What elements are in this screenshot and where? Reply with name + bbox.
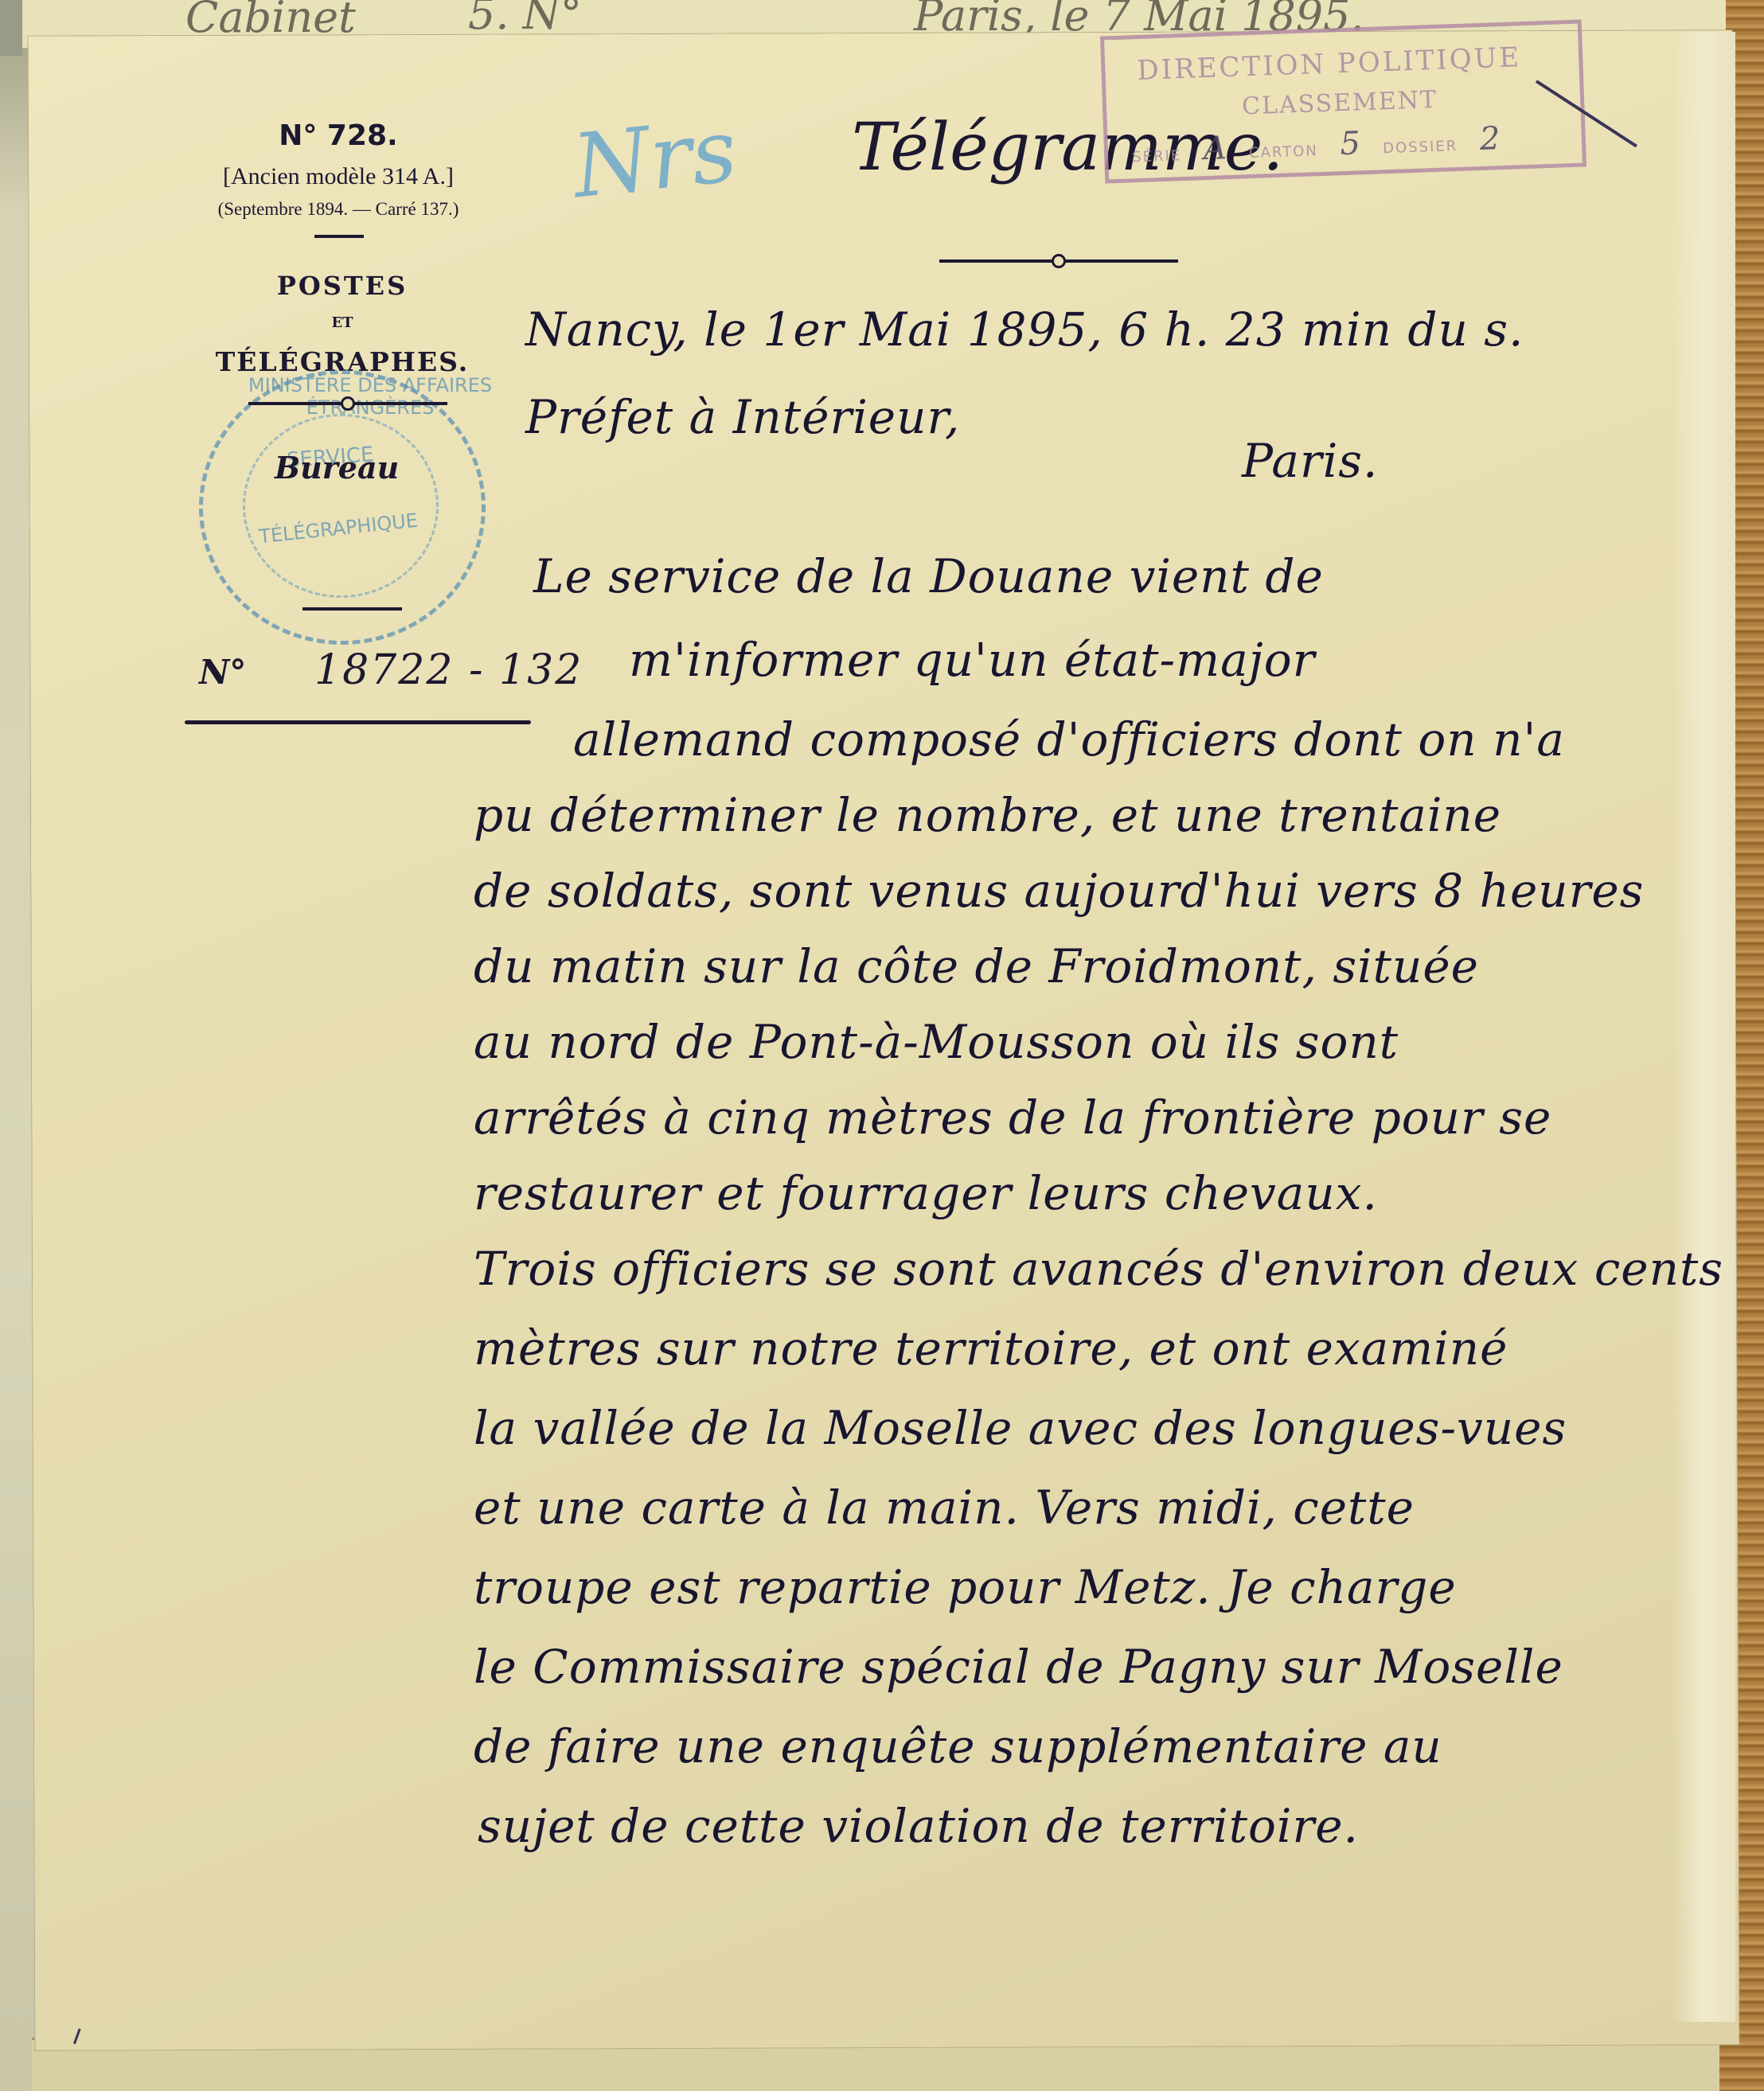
stamp-fields: SÉRIE A CARTON 5 DOSSIER 2	[1131, 118, 1562, 170]
bureau-underline	[302, 607, 402, 611]
serie-value: A	[1203, 130, 1227, 167]
body-line: de faire une enquête supplémentaire au	[474, 1719, 1442, 1773]
origin-line: Nancy, le 1er Mai 1895, 6 h. 23 min du s…	[525, 302, 1524, 357]
body-line: et une carte à la main. Vers midi, cette	[474, 1480, 1415, 1535]
blue-pencil-initials: Nrs	[568, 99, 742, 218]
body-line: au nord de Pont-à-Mousson où ils sont	[474, 1015, 1399, 1069]
body-line: troupe est repartie pour Metz. Je charge	[474, 1560, 1457, 1614]
body-line: Trois officiers se sont avancés d'enviro…	[474, 1242, 1723, 1296]
title-ornament	[939, 259, 1178, 263]
body-line: allemand composé d'officiers dont on n'a	[573, 712, 1565, 767]
serie-label: SÉRIE	[1132, 147, 1182, 166]
body-line: m'informer qu'un état-major	[629, 633, 1315, 687]
divider	[314, 235, 364, 238]
body-line: pu déterminer le nombre, et une trentain…	[474, 788, 1501, 842]
body-line: Le service de la Douane vient de	[533, 549, 1324, 603]
number-label: N°	[199, 653, 246, 692]
dossier-value: 2	[1479, 120, 1501, 158]
paper-torn-edge	[1672, 32, 1735, 2022]
service-postes: POSTES	[203, 271, 482, 301]
carton-label: CARTON	[1249, 142, 1318, 162]
ornamental-divider	[248, 402, 447, 405]
number-annotation: 5. N°	[468, 0, 582, 39]
sender-recipient: Préfet à Intérieur,	[525, 390, 960, 444]
stamp-classement: CLASSEMENT	[1242, 86, 1438, 121]
ministry-stamp-inner-ring	[243, 414, 439, 598]
form-number: N° 728.	[215, 119, 462, 152]
destination: Paris.	[1242, 434, 1378, 488]
classification-stamp: DIRECTION POLITIQUE CLASSEMENT SÉRIE A C…	[1100, 19, 1586, 183]
number-value: 18722 - 132	[314, 646, 583, 694]
service-et: ET	[318, 314, 366, 331]
former-model: [Ancien modèle 314 A.]	[187, 163, 490, 190]
carton-value: 5	[1340, 125, 1361, 162]
bureau-label: Bureau	[275, 450, 418, 486]
form-edition: (Septembre 1894. — Carré 137.)	[183, 199, 494, 220]
body-line: le Commissaire spécial de Pagny sur Mose…	[474, 1640, 1563, 1694]
page-corner	[0, 0, 22, 56]
body-line: restaurer et fourrager leurs chevaux.	[474, 1166, 1378, 1220]
body-line: sujet de cette violation de territoire.	[478, 1799, 1359, 1853]
stamp-direction: DIRECTION POLITIQUE	[1137, 41, 1522, 87]
stamp-outer-text: MINISTÈRE DES AFFAIRES ÉTRANGÈRES	[239, 374, 501, 419]
number-underline	[185, 720, 531, 724]
body-line: mètres sur notre territoire, et ont exam…	[474, 1321, 1508, 1375]
body-line: de soldats, sont venus aujourd'hui vers …	[474, 864, 1644, 918]
dossier-label: DOSSIER	[1383, 138, 1458, 157]
body-line: la vallée de la Moselle avec des longues…	[474, 1401, 1567, 1455]
body-line: du matin sur la côte de Froidmont, situé…	[474, 939, 1479, 993]
body-line: arrêtés à cinq mètres de la frontière po…	[474, 1090, 1551, 1145]
